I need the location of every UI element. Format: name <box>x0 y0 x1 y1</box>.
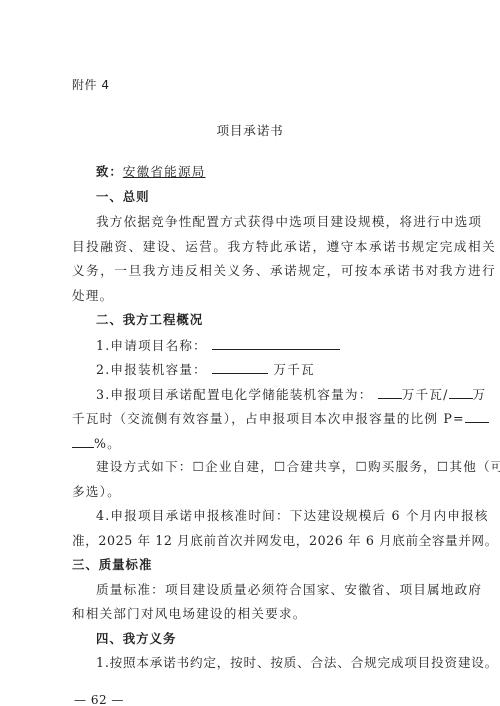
document-title: 项目承诺书 <box>0 123 500 139</box>
section-heading-quality: 三、质量标准 <box>72 557 432 573</box>
ratio-field-part2[interactable] <box>72 435 94 448</box>
storage-energy-field[interactable] <box>449 386 473 399</box>
capacity-field[interactable] <box>212 361 268 374</box>
item-approval-time-cont: 准，2025 年 12 月底前首次并网发电，2026 年 6 月底前全容量并网。 <box>72 533 432 549</box>
quality-line: 质量标准：项目建设质量必须符合国家、安徽省、项目属地政府 <box>96 582 456 598</box>
paragraph-line: 处理。 <box>72 288 432 304</box>
project-name-label: 1.申请项目名称： <box>96 338 207 353</box>
storage-energy-unit: 万 <box>473 387 487 402</box>
paragraph-line: 我方依据竞争性配置方式获得中选项目建设规模，将进行中选项 <box>96 214 456 230</box>
page-number: — 62 — <box>74 692 434 706</box>
storage-label: 3.申报项目承诺配置电化学储能装机容量为： <box>96 387 373 402</box>
storage-power-unit: 万千瓦/ <box>402 387 449 402</box>
storage-ratio-text: 千瓦时（交流侧有效容量），占申报项目本次申报容量的比例 P= <box>72 411 465 426</box>
obligation-line: 1.按照本承诺书约定，按时、按质、合法、合规完成项目投资建设。 <box>96 655 456 671</box>
section-heading-overview: 二、我方工程概况 <box>96 312 456 328</box>
item-capacity: 2.申报装机容量： 万千瓦 <box>96 361 456 378</box>
paragraph-line: 目投融资、建设、运营。我方特此承诺，遵守本承诺书规定完成相关 <box>72 239 432 255</box>
addressee-name: 安徽省能源局 <box>123 164 206 179</box>
storage-power-field[interactable] <box>378 386 402 399</box>
quality-line-cont: 和相关部门对风电场建设的相关要求。 <box>72 606 432 622</box>
addressee-prefix: 致： <box>96 164 123 179</box>
item-storage-capacity: 3.申报项目承诺配置电化学储能装机容量为： 万千瓦/万 <box>96 386 456 403</box>
capacity-label: 2.申报装机容量： <box>96 362 207 377</box>
ratio-field-part1[interactable] <box>465 410 489 423</box>
paragraph-line: 义务，一旦我方违反相关义务、承诺规定，可按本承诺书对我方进行 <box>72 263 432 279</box>
item-storage-ratio: 千瓦时（交流侧有效容量），占申报项目本次申报容量的比例 P= <box>72 410 432 427</box>
percent-suffix: %。 <box>94 436 121 451</box>
item-project-name: 1.申请项目名称： <box>96 337 456 354</box>
build-mode-line-cont: 多选）。 <box>72 484 432 500</box>
project-name-field[interactable] <box>212 337 340 350</box>
attachment-label: 附件 4 <box>72 77 432 93</box>
build-mode-line: 建设方式如下：☐企业自建，☐合建共享，☐购买服务，☐其他（可 <box>96 459 456 475</box>
item-approval-time: 4.申报项目承诺申报核准时间：下达建设规模后 6 个月内申报核 <box>96 508 456 524</box>
capacity-unit: 万千瓦 <box>273 362 314 377</box>
addressee: 致：安徽省能源局 <box>96 164 456 180</box>
section-heading-general: 一、总则 <box>96 189 456 205</box>
item-storage-ratio-cont: %。 <box>72 435 432 452</box>
section-heading-obligations: 四、我方义务 <box>96 631 456 647</box>
